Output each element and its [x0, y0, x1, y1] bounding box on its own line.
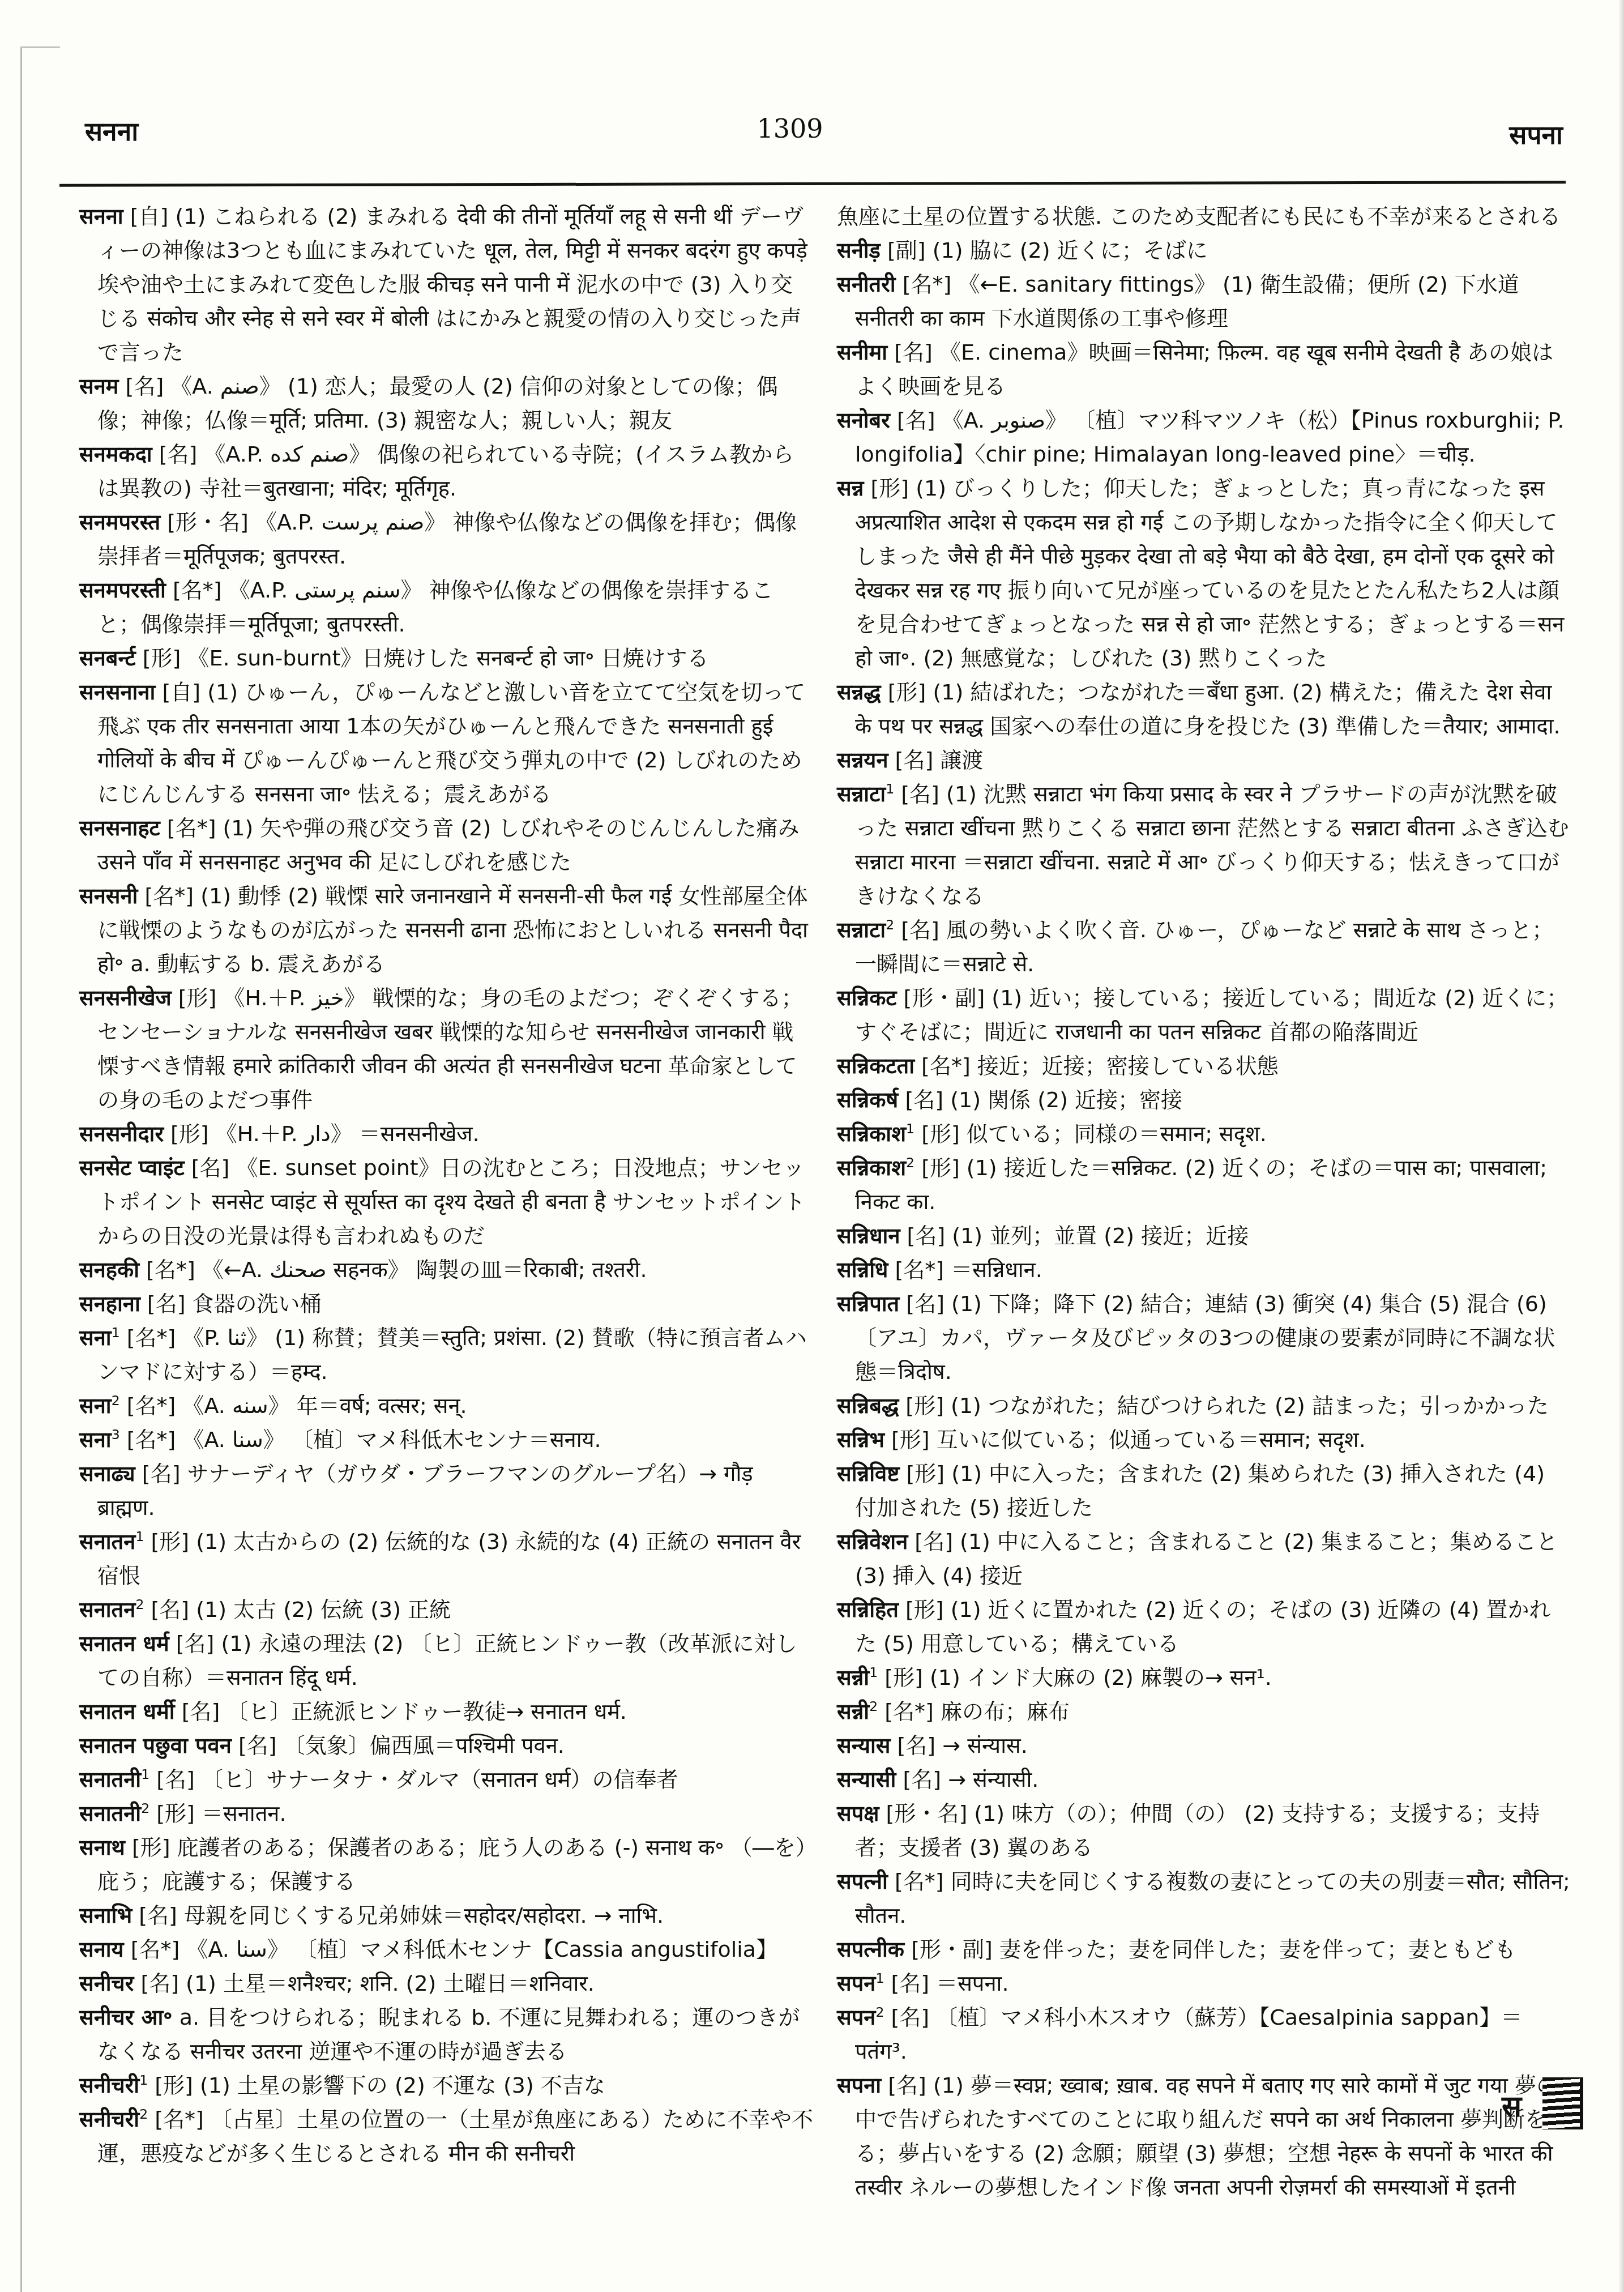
entry-pos: [名*] — [139, 1257, 202, 1282]
entry-headword-superscript: 1 — [869, 1664, 878, 1680]
entry-body: 《A. صنوبر》 〔植〕マツ科マツノキ（松）【Pinus roxburghi… — [855, 408, 1564, 467]
entry-headword: सनातन पछुवा पवन — [79, 1733, 232, 1758]
dictionary-entry: सनसनाना [自] (1) ひゅーん，ぴゅーんなどと激しい音を立てて空気を切… — [79, 675, 813, 811]
dictionary-entry: सना2 [名*] 《A. سنه》 年＝वर्ष; वत्सर; सन्. — [79, 1389, 813, 1423]
entry-body: (1) つながれた；結びつけられた (2) 詰まった；引っかかった — [951, 1393, 1549, 1418]
dictionary-entry: सनम [名] 《A. صنم》 (1) 恋人；最愛の人 (2) 信仰の対象とし… — [79, 369, 813, 437]
entry-headword: सनातनी — [79, 1767, 141, 1792]
entry-headword: सपन — [837, 1971, 875, 1996]
entry-headword-superscript: 1 — [135, 1529, 144, 1544]
entry-headword-superscript: 1 — [112, 1325, 120, 1341]
entry-body: 〔植〕マメ科小木スオウ（蘇芳）【Caesalpinia sappan】＝पतंग… — [855, 2005, 1522, 2064]
entry-body: 同時に夫を同じくする複数の妻にとっての夫の別妻＝सौत; सौतिन; सौतन… — [855, 1869, 1570, 1928]
entry-headword-superscript: 1 — [906, 1121, 914, 1137]
entry-body: サナーディヤ（ガウダ・ブラーフマンのグループ名）→ गौड़ ब्राह्मण. — [97, 1461, 753, 1520]
entry-headword: सन्नाटा — [837, 782, 886, 806]
entry-headword: सनसनीखेज — [79, 985, 172, 1010]
entry-body: (1) 脇に (2) 近くに；そばに — [933, 238, 1208, 263]
entry-pos: [形・名] — [160, 510, 255, 535]
entry-headword: सनाभि — [79, 1903, 132, 1928]
entry-pos: [名] — [900, 1223, 952, 1248]
dictionary-entry: सपत्नी [名*] 同時に夫を同じくする複数の妻にとっての夫の別妻＝सौत;… — [837, 1864, 1571, 1932]
entry-pos: [名] — [144, 1597, 196, 1622]
entry-body: 互いに似ている；似通っている＝समान; सदृश. — [937, 1427, 1366, 1452]
entry-headword: सना — [79, 1427, 112, 1452]
entry-headword: सन्न — [837, 476, 864, 501]
dictionary-entry: सनातनी2 [形] ＝सनातन. — [79, 1796, 813, 1830]
entry-headword: सनोबर — [837, 408, 890, 433]
entry-pos: [名*] — [138, 883, 200, 908]
entry-pos: [形・副] — [904, 1937, 999, 1962]
dictionary-entry: सन्निवेशन [名] (1) 中に入ること；含まれること (2) 集まるこ… — [837, 1525, 1571, 1593]
entry-pos: [名*] — [888, 1257, 951, 1282]
entry-body: ＝सनातन. — [202, 1801, 286, 1826]
entry-headword: सन्निकाश — [837, 1121, 906, 1146]
dictionary-entry: सनाढ्य [名] サナーディヤ（ガウダ・ブラーフマンのグループ名）→ गौड… — [79, 1457, 813, 1525]
entry-headword-superscript: 1 — [139, 2072, 148, 2088]
entry-pos: [名] — [149, 1767, 202, 1792]
entry-body: → संन्यास. — [942, 1733, 1027, 1758]
dictionary-entry: सनीतरी [名*] 《←E. sanitary fittings》 (1) … — [837, 267, 1571, 335]
thumb-index: स — [1502, 2077, 1587, 2132]
entry-headword-superscript: 2 — [141, 1800, 149, 1816]
dictionary-entry: सन्निधि [名*] ＝सन्निधान. — [837, 1253, 1571, 1287]
entry-pos: [名] — [135, 1461, 187, 1486]
entry-headword: सनीड़ — [837, 238, 881, 263]
entry-headword: सनीतरी — [837, 272, 896, 297]
entry-headword-superscript: 2 — [139, 2106, 148, 2122]
entry-headword: सन्निविष्ट — [837, 1461, 899, 1486]
entry-pos: [名] — [890, 1733, 942, 1758]
dictionary-entry: सन्यास [名] → संन्यास. — [837, 1728, 1571, 1762]
entry-headword: सन्निहित — [837, 1597, 899, 1622]
entry-pos: [名] — [232, 1733, 284, 1758]
entry-headword: सनसनी — [79, 883, 138, 908]
dictionary-entry: सनसनीखेज [形] 《H.＋P. خیز》 戦慄的な；身の毛のよだつ；ぞく… — [79, 981, 813, 1117]
entry-body: 《A. صنم》 (1) 恋人；最愛の人 (2) 信仰の対象としての像；偶像；神… — [97, 374, 778, 433]
entry-headword: सनाढ्य — [79, 1461, 135, 1486]
entry-headword: सनीचर — [79, 1971, 134, 1996]
entry-headword: सनातन धर्मी — [79, 1699, 175, 1724]
entry-pos: [名] — [890, 408, 942, 433]
dictionary-entry: सपना [名] (1) 夢＝स्वप्न; ख्वाब; ख़ाब. वह स… — [837, 2068, 1571, 2204]
entry-headword: सनबर्न्ट — [79, 646, 136, 671]
entry-headword: सनसनीदार — [79, 1121, 164, 1146]
entry-headword: सन्निधान — [837, 1223, 900, 1248]
entry-body: (1) 並列；並置 (2) 接近；近接 — [952, 1223, 1249, 1248]
dictionary-entry: सनहकी [名*] 《←A. صحنك सहनक》 陶製の皿＝रिकाबी; … — [79, 1253, 813, 1287]
entry-body: 〔気象〕偏西風＝पश्चिमी पवन. — [284, 1733, 565, 1758]
dictionary-entry: सन्नयन [名] 譲渡 — [837, 743, 1571, 777]
dictionary-entry: सनसेट प्वाइंट [名] 《E. sunset point》日の沈むと… — [79, 1151, 813, 1253]
dictionary-entry: सन्निधान [名] (1) 並列；並置 (2) 接近；近接 — [837, 1219, 1571, 1253]
dictionary-entry: सन्नाटा1 [名] (1) 沈黙 सन्नाटा भंग किया प्र… — [837, 777, 1571, 913]
thumb-index-letter: स — [1502, 2085, 1522, 2125]
entry-body: → संन्यासी. — [948, 1767, 1038, 1792]
entry-body: (1) 結ばれた；つながれた＝बँधा हुआ. (2) 構えた；備えた देश… — [855, 680, 1561, 739]
entry-pos: [名] — [881, 2073, 933, 2098]
entry-pos: [自] — [155, 680, 207, 705]
entry-pos: [名*] — [914, 1053, 977, 1078]
entry-body: (1) インド大麻の (2) 麻製の→ सन¹. — [930, 1665, 1272, 1690]
entry-headword: सन्नयन — [837, 748, 888, 772]
entry-pos: [形・名] — [879, 1801, 975, 1826]
entry-body: 似ている；同様の＝समान; सदृश. — [967, 1121, 1267, 1146]
entry-pos: [名] — [894, 782, 946, 806]
entry-pos: [名*] — [166, 578, 229, 603]
dictionary-entry: सन्यासी [名] → संन्यासी. — [837, 1762, 1571, 1796]
entry-headword: सपना — [837, 2073, 881, 2098]
thumb-index-tab — [1542, 2077, 1583, 2129]
entry-pos: [名] — [119, 374, 171, 399]
entry-headword-superscript: 2 — [869, 1698, 878, 1714]
entry-headword: सनमपरस्त — [79, 510, 160, 535]
entry-headword: सपत्नीक — [837, 1937, 904, 1962]
dictionary-entry: सन्निहित [形] (1) 近くに置かれた (2) 近くの；そばの (3)… — [837, 1593, 1571, 1661]
entry-headword: सनहाना — [79, 1291, 140, 1316]
entry-body: 接近；近接；密接している状態 — [977, 1053, 1279, 1078]
entry-pos: [名] — [152, 442, 204, 467]
entry-headword: सनीचर आ॰ — [79, 2005, 173, 2030]
entry-pos: [名] — [894, 917, 946, 942]
dictionary-entry: सनातन2 [名] (1) 太古 (2) 伝統 (3) 正統 — [79, 1593, 813, 1627]
entry-headword: सन्निबद्ध — [837, 1393, 899, 1418]
dictionary-entry: सन्निबद्ध [形] (1) つながれた；結びつけられた (2) 詰まった… — [837, 1389, 1571, 1423]
scan-page-edge-top — [20, 46, 60, 48]
entry-body: ＝सपना. — [936, 1971, 1008, 1996]
entry-headword: सनना — [79, 204, 123, 229]
entry-headword: सनातन धर्म — [79, 1631, 169, 1656]
entry-pos: [名] — [899, 1291, 951, 1316]
dictionary-entry: सनसनाहट [名*] (1) 矢や弾の飛び交う音 (2) しびれやそのじんじ… — [79, 811, 813, 879]
entry-pos: [名*] — [120, 1427, 183, 1452]
entry-body: 庇護者のある；保護者のある；庇う人のある (-) सनाथ क॰ （―を）庇う；… — [97, 1835, 806, 1894]
entry-pos: [名] — [134, 1971, 186, 1996]
entry-headword: सन्नद्ध — [837, 680, 881, 705]
entry-pos: [形] — [148, 2073, 200, 2098]
entry-headword: सन्निपात — [837, 1291, 899, 1316]
entry-pos: [名] — [175, 1699, 227, 1724]
entry-pos: [名] — [132, 1903, 184, 1928]
entry-pos: [自] — [123, 204, 176, 229]
entry-headword: सन्निभ — [837, 1427, 884, 1452]
entry-headword-superscript: 2 — [886, 917, 894, 933]
entry-body: (1) 太古からの (2) 伝統的な (3) 永続的な (4) 正統の सनात… — [97, 1529, 801, 1588]
dictionary-entry: सन्नी1 [形] (1) インド大麻の (2) 麻製の→ सन¹. — [837, 1661, 1571, 1695]
entry-body: 魚座に土星の位置する状態. このため支配者にも民にも不幸が来るとされる — [837, 204, 1561, 229]
entry-pos: [名] — [169, 1631, 221, 1656]
entry-headword: सनातन — [79, 1529, 135, 1554]
dictionary-entry: सपत्नीक [形・副] 妻を伴った；妻を同伴した；妻を伴って；妻ともども — [837, 1932, 1571, 1966]
entry-headword: सना — [79, 1325, 112, 1350]
entry-headword: सन्यास — [837, 1733, 890, 1758]
entry-headword: सनसनाहट — [79, 816, 160, 840]
entry-pos: [名] — [898, 1087, 950, 1112]
entry-headword: सनसनाना — [79, 680, 155, 705]
entry-headword: सनातन — [79, 1597, 135, 1622]
entry-pos: [名] — [888, 748, 940, 772]
entry-headword: सनीचरी — [79, 2107, 139, 2132]
entry-headword: सन्निकटता — [837, 1053, 914, 1078]
entry-headword: सन्नी — [837, 1699, 869, 1724]
dictionary-entry: सनातनी1 [名] 〔ヒ〕サナータナ・ダルマ（सनातन धर्म）の信奉者 — [79, 1762, 813, 1796]
entry-pos: [形] — [149, 1801, 202, 1826]
entry-pos: [形] — [899, 1597, 951, 1622]
dictionary-entry: सनातन धर्मी [名] 〔ヒ〕正統派ヒンドゥー教徒→ सनातन धर्… — [79, 1695, 813, 1728]
entry-body: 〔ヒ〕正統派ヒンドゥー教徒→ सनातन धर्म. — [226, 1699, 627, 1724]
entry-body: (1) 土星の影響下の (2) 不運な (3) 不吉な — [200, 2073, 605, 2098]
entry-body: (1) びっくりした；仰天した；ぎょっとした；真っ青になった इस अप्रत्… — [855, 476, 1564, 671]
page-header: सनना 1309 सपना — [79, 113, 1569, 159]
entry-pos: [形] — [144, 1529, 196, 1554]
dictionary-entry: सन्न [形] (1) びっくりした；仰天した；ぎょっとした；真っ青になった … — [837, 471, 1571, 675]
dictionary-entry: सना3 [名*] 《A. سنا》 〔植〕マメ科低木センナ＝सनाय. — [79, 1423, 813, 1457]
dictionary-entry: सनीमा [名] 《E. cinema》映画＝सिनेमा; फ़िल्म. … — [837, 335, 1571, 403]
entry-headword: सन्निधि — [837, 1257, 888, 1282]
entry-body: 《←A. صحنك सहनक》 陶製の皿＝रिकाबी; तश्तरी. — [202, 1257, 647, 1282]
entry-body: (1) 近くに置かれた (2) 近くの；そばの (3) 近隣の (4) 置かれた… — [855, 1597, 1551, 1656]
entry-body: 麻の布；麻布 — [941, 1699, 1070, 1724]
dictionary-entry: सनीड़ [副] (1) 脇に (2) 近くに；そばに — [837, 233, 1571, 267]
entry-body: 風の勢いよく吹く音. ひゅー，ぴゅーなど सन्नाटे के साथ さっと；… — [855, 917, 1553, 976]
entry-body: 《P. ثنا》 (1) 称賛；賛美＝स्तुति; प्रशंसा. (2) … — [97, 1325, 807, 1384]
entry-body: (1) 夢＝स्वप्न; ख्वाब; ख़ाब. वह सपने में ब… — [855, 2073, 1568, 2200]
page-number: 1309 — [79, 113, 1501, 144]
dictionary-entry: सन्निकाश2 [形] (1) 接近した＝सन्निकट. (2) 近くの；… — [837, 1151, 1571, 1219]
entry-continuation: 魚座に土星の位置する状態. このため支配者にも民にも不幸が来るとされる — [837, 199, 1571, 233]
scan-page-edge-left — [20, 46, 22, 2292]
entry-pos: [名*] — [120, 1393, 183, 1418]
entry-headword-superscript: 2 — [135, 1597, 144, 1612]
dictionary-entry: सनाथ [形] 庇護者のある；保護者のある；庇う人のある (-) सनाथ क… — [79, 1830, 813, 1898]
entry-pos: [形] — [899, 1393, 951, 1418]
entry-body: 《A. سنه》 年＝वर्ष; वत्सर; सन्. — [182, 1393, 467, 1418]
entry-body: (1) 動悸 (2) 戦慄 सारे जनानखाने में सनसनी-सी… — [97, 883, 808, 976]
entry-body: 《E. cinema》映画＝सिनेमा; फ़िल्म. वह खूब सनी… — [855, 340, 1553, 399]
entry-headword: सपक्ष — [837, 1801, 879, 1826]
entry-body: (1) 太古 (2) 伝統 (3) 正統 — [196, 1597, 451, 1622]
entry-headword-superscript: 2 — [875, 2004, 884, 2020]
entry-pos: [形] — [884, 1427, 937, 1452]
entry-body: 《A. سنا》 〔植〕マメ科低木センナ＝सनाय. — [182, 1427, 601, 1452]
dictionary-entry: सनीचर [名] (1) 土星＝शनैश्चर; शनि. (2) 土曜日＝श… — [79, 1966, 813, 2000]
dictionary-entry: सनीचरी1 [形] (1) 土星の影響下の (2) 不運な (3) 不吉な — [79, 2068, 813, 2102]
entry-headword: सन्निकट — [837, 985, 897, 1010]
entry-headword-superscript: 1 — [875, 1970, 884, 1986]
entry-pos: [形] — [136, 646, 188, 671]
dictionary-entry: सनमकदा [名] 《A.P. صنم كده》 偶像の祀られている寺院；(イ… — [79, 437, 813, 505]
entry-body: (1) 中に入った；含まれた (2) 集められた (3) 挿入された (4) 付… — [855, 1461, 1545, 1520]
entry-headword: सनातनी — [79, 1801, 141, 1826]
entry-headword: सनाय — [79, 1937, 124, 1962]
dictionary-entry: सपन2 [名] 〔植〕マメ科小木スオウ（蘇芳）【Caesalpinia sap… — [837, 2000, 1571, 2068]
entry-pos: [副] — [881, 238, 933, 263]
dictionary-entry: सन्नद्ध [形] (1) 結ばれた；つながれた＝बँधा हुआ. (2)… — [837, 675, 1571, 743]
entry-headword: सन्निवेशन — [837, 1529, 908, 1554]
entry-headword: सन्नाटा — [837, 917, 886, 942]
entry-pos: [形] — [125, 1835, 177, 1860]
entry-body: 妻を伴った；妻を同伴した；妻を伴って；妻ともども — [999, 1937, 1516, 1962]
dictionary-entry: सनीचर आ॰ a. 目をつけられる；睨まれる b. 不運に見舞われる；運のつ… — [79, 2000, 813, 2068]
column-right: 魚座に土星の位置する状態. このため支配者にも民にも不幸が来るとされるसनीड़… — [837, 199, 1571, 2204]
entry-body: (1) 沈黙 सन्नाटा भंग किया प्रसाद के स्वर न… — [855, 782, 1569, 908]
entry-pos: [形] — [914, 1121, 967, 1146]
entry-body: (1) こねられる (2) まみれる देवी की तीनों मूर्तिय… — [97, 204, 807, 365]
guide-word-right: सपना — [1509, 117, 1563, 152]
dictionary-entry: सनाय [名*] 《A. سنا》 〔植〕マメ科低木センナ【Cassia an… — [79, 1932, 813, 1966]
entry-body: a. 目をつけられる；睨まれる b. 不運に見舞われる；運のつきがなくなる सन… — [97, 2005, 800, 2064]
entry-pos: [形] — [878, 1665, 930, 1690]
entry-headword: सनमकदा — [79, 442, 152, 467]
entry-pos: [名] — [884, 1971, 936, 1996]
dictionary-entry: सनोबर [名] 《A. صنوبر》 〔植〕マツ科マツノキ（松）【Pinus… — [837, 403, 1571, 471]
entry-pos: [形] — [899, 1461, 951, 1486]
entry-body: 《A. سنا》 〔植〕マメ科低木センナ【Cassia angustifolia… — [186, 1937, 777, 1962]
column-left: सनना [自] (1) こねられる (2) まみれる देवी की तीनो… — [79, 199, 813, 2170]
entry-headword-superscript: 3 — [112, 1427, 120, 1442]
dictionary-entry: सनहाना [名] 食器の洗い桶 — [79, 1287, 813, 1321]
entry-headword: सन्निकर्ष — [837, 1087, 898, 1112]
dictionary-entry: सनीचरी2 [名*] 〔占星〕土星の位置の一（土星が魚座にある）ために不幸や… — [79, 2102, 813, 2170]
dictionary-page: सनना 1309 सपना सनना [自] (1) こねられる (2) まみ… — [0, 0, 1624, 2292]
entry-headword-superscript: 1 — [141, 1766, 149, 1782]
dictionary-entry: सनसनीदार [形] 《H.＋P. دار》 ＝सनसनीखेज. — [79, 1117, 813, 1151]
entry-pos: [名] — [140, 1291, 193, 1316]
entry-pos: [形] — [914, 1155, 967, 1180]
scan-page-edge-right — [1618, 0, 1624, 2292]
dictionary-entry: सपन1 [名] ＝सपना. — [837, 1966, 1571, 2000]
dictionary-entry: सनमपरस्ती [名*] 《A.P. سنم پرستی》 神像や仏像などの… — [79, 573, 813, 641]
entry-body: (1) 土星＝शनैश्चर; शनि. (2) 土曜日＝शनिवार. — [186, 1971, 595, 1996]
dictionary-entry: सन्निभ [形] 互いに似ている；似通っている＝समान; सदृश. — [837, 1423, 1571, 1457]
entry-pos: [名*] — [888, 1869, 951, 1894]
entry-body: 食器の洗い桶 — [193, 1291, 322, 1316]
dictionary-entry: सन्निकाश1 [形] 似ている；同様の＝समान; सदृश. — [837, 1117, 1571, 1151]
dictionary-entry: सनबर्न्ट [形] 《E. sun-burnt》日焼けした सनबर्न्… — [79, 641, 813, 675]
entry-headword: सनीचरी — [79, 2073, 139, 2098]
dictionary-entry: सनातन धर्म [名] (1) 永遠の理法 (2) 〔ヒ〕正統ヒンドゥー教… — [79, 1627, 813, 1695]
entry-headword: सपत्नी — [837, 1869, 888, 1894]
header-rule — [59, 181, 1566, 187]
entry-headword: सन्निकाश — [837, 1155, 906, 1180]
dictionary-entry: सना1 [名*] 《P. ثنا》 (1) 称賛；賛美＝स्तुति; प्र… — [79, 1321, 813, 1389]
entry-headword: सना — [79, 1393, 112, 1418]
dictionary-entry: सन्निकटता [名*] 接近；近接；密接している状態 — [837, 1049, 1571, 1083]
entry-body: (1) 中に入ること；含まれること (2) 集まること；集めること (3) 挿入… — [855, 1529, 1558, 1588]
entry-pos: [名*] — [160, 816, 223, 840]
entry-pos: [名*] — [120, 1325, 183, 1350]
entry-pos: [名*] — [124, 1937, 187, 1962]
dictionary-entry: सपक्ष [形・名] (1) 味方（の）；仲間（の） (2) 支持する；支援す… — [837, 1796, 1571, 1864]
entry-pos: [形・副] — [897, 985, 992, 1010]
entry-pos: [名] — [908, 1529, 960, 1554]
entry-pos: [名] — [185, 1155, 237, 1180]
entry-pos: [名*] — [148, 2107, 211, 2132]
entry-body: (1) 下降；降下 (2) 結合；連結 (3) 衝突 (4) 集合 (5) 混合… — [855, 1291, 1555, 1384]
entry-body: 〔ヒ〕サナータナ・ダルマ（सनातन धर्म）の信奉者 — [202, 1767, 678, 1792]
entry-pos: [名*] — [878, 1699, 941, 1724]
entry-body: 《H.＋P. دار》 ＝सनसनीखेज. — [216, 1121, 480, 1146]
entry-body: (1) 関係 (2) 近接；密接 — [950, 1087, 1182, 1112]
dictionary-entry: सन्नी2 [名*] 麻の布；麻布 — [837, 1695, 1571, 1728]
dictionary-entry: सनना [自] (1) こねられる (2) まみれる देवी की तीनो… — [79, 199, 813, 369]
entry-headword-superscript: 1 — [886, 781, 894, 797]
entry-headword: सपन — [837, 2005, 875, 2030]
entry-pos: [名*] — [896, 272, 959, 297]
entry-pos: [名] — [887, 340, 939, 365]
entry-pos: [名] — [884, 2005, 936, 2030]
entry-body: 《E. sun-burnt》日焼けした सनबर्न्ट हो जा॰ 日焼けす… — [187, 646, 708, 671]
entry-pos: [形] — [864, 476, 916, 501]
dictionary-entry: सनमपरस्त [形・名] 《A.P. صنم پرست》 神像や仏像などの偶… — [79, 505, 813, 573]
entry-headword-superscript: 2 — [906, 1155, 914, 1171]
entry-headword: सनसेट प्वाइंट — [79, 1155, 185, 1180]
entry-headword: सन्नी — [837, 1665, 869, 1690]
entry-headword: सनमपरस्ती — [79, 578, 166, 603]
entry-pos: [名] — [896, 1767, 948, 1792]
dictionary-entry: सन्निकट [形・副] (1) 近い；接している；接近している；間近な (2… — [837, 981, 1571, 1049]
dictionary-entry: सनसनी [名*] (1) 動悸 (2) 戦慄 सारे जनानखाने म… — [79, 879, 813, 981]
dictionary-entry: सन्नाटा2 [名] 風の勢いよく吹く音. ひゅー，ぴゅーなど सन्नाट… — [837, 913, 1571, 981]
entry-headword: सनीमा — [837, 340, 887, 365]
dictionary-entry: सन्निकर्ष [名] (1) 関係 (2) 近接；密接 — [837, 1083, 1571, 1117]
entry-headword: सनाथ — [79, 1835, 125, 1860]
entry-body: ＝सन्निधान. — [951, 1257, 1042, 1282]
entry-body: 母親を同じくする兄弟姉妹＝सहोदर/सहोदरा. → नाभि. — [184, 1903, 664, 1928]
entry-body: 譲渡 — [940, 748, 983, 772]
dictionary-entry: सन्निविष्ट [形] (1) 中に入った；含まれた (2) 集められた … — [837, 1457, 1571, 1525]
entry-headword: सनहकी — [79, 1257, 139, 1282]
entry-headword-superscript: 2 — [112, 1393, 120, 1409]
entry-pos: [形] — [164, 1121, 216, 1146]
dictionary-entry: सन्निपात [名] (1) 下降；降下 (2) 結合；連結 (3) 衝突 … — [837, 1287, 1571, 1389]
entry-pos: [形] — [881, 680, 933, 705]
dictionary-entry: सनाभि [名] 母親を同じくする兄弟姉妹＝सहोदर/सहोदरा. → न… — [79, 1898, 813, 1932]
entry-headword: सनम — [79, 374, 119, 399]
dictionary-entry: सनातन1 [形] (1) 太古からの (2) 伝統的な (3) 永続的な (… — [79, 1525, 813, 1593]
entry-headword: सन्यासी — [837, 1767, 896, 1792]
entry-pos: [形] — [172, 985, 224, 1010]
dictionary-entry: सनातन पछुवा पवन [名] 〔気象〕偏西風＝पश्चिमी पवन. — [79, 1728, 813, 1762]
